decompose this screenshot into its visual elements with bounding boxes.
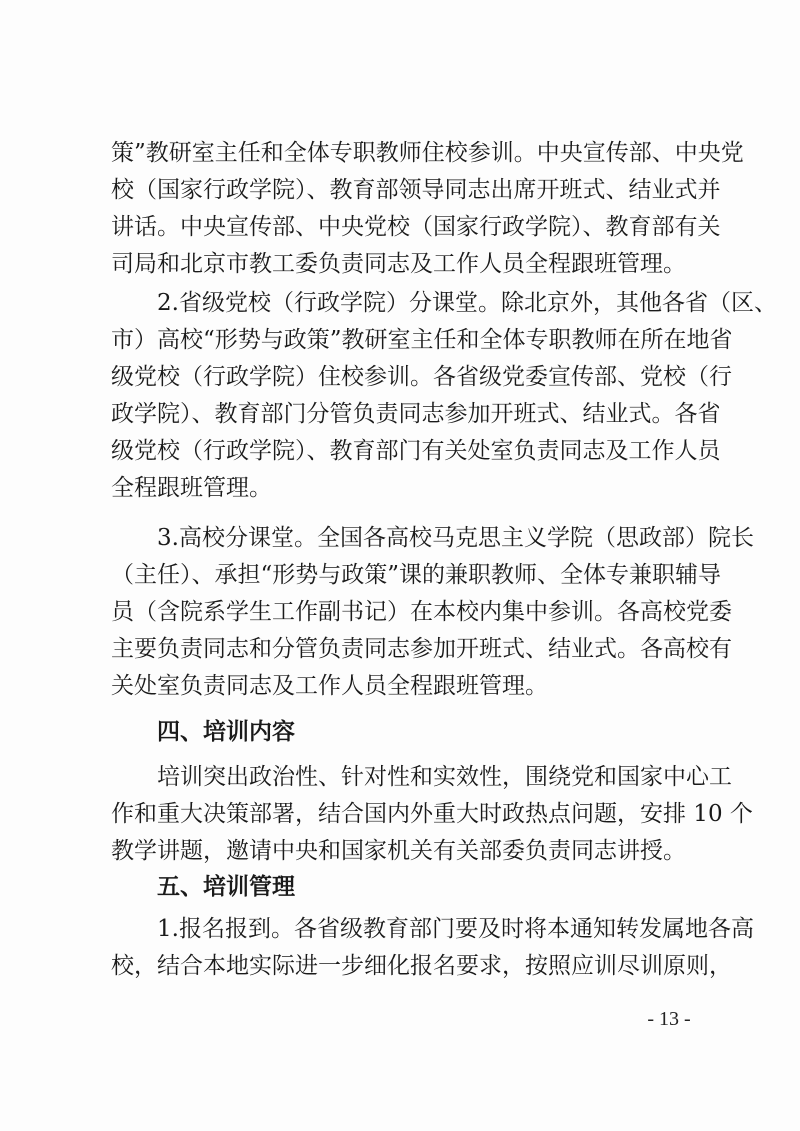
section-heading: 四、培训内容 [157,717,691,747]
text-line: 员（含院系学生工作副书记）在本校内集中参训。各高校党委 [111,597,691,627]
page-number: - 13 - [624,1008,714,1031]
text-line: 讲话。中央宣传部、中央党校（国家行政学院）、教育部有关 [111,212,691,242]
text-line: 策”教研室主任和全体专职教师住校参训。中央宣传部、中央党 [111,138,691,168]
text-line: 政学院）、教育部门分管负责同志参加开班式、结业式。各省 [111,399,691,429]
text-line: 主要负责同志和分管负责同志参加开班式、结业式。各高校有 [111,634,691,664]
document-page: 策”教研室主任和全体专职教师住校参训。中央宣传部、中央党 校（国家行政学院）、教… [0,0,800,1131]
text-line: 教学讲题，邀请中央和国家机关有关部委负责同志讲授。 [111,836,691,866]
text-line: 关处室负责同志及工作人员全程跟班管理。 [111,671,691,701]
text-line: 校，结合本地实际进一步细化报名要求，按照应训尽训原则， [111,951,691,981]
section-heading: 五、培训管理 [157,872,691,902]
text-line: 3.高校分课堂。全国各高校马克思主义学院（思政部）院长 [157,523,691,553]
text-line: 培训突出政治性、针对性和实效性，围绕党和国家中心工 [157,762,691,792]
text-line: 作和重大决策部署，结合国内外重大时政热点问题，安排 10 个 [111,799,691,829]
text-line: 校（国家行政学院）、教育部领导同志出席开班式、结业式并 [111,175,691,205]
text-line: 级党校（行政学院）住校参训。各省级党委宣传部、党校（行 [111,362,691,392]
text-line: 1.报名报到。各省级教育部门要及时将本通知转发属地各高 [157,914,691,944]
text-line: 市）高校“形势与政策”教研室主任和全体专职教师在所在地省 [111,325,691,355]
text-line: 级党校（行政学院）、教育部门有关处室负责同志及工作人员 [111,436,691,466]
text-line: 2.省级党校（行政学院）分课堂。除北京外，其他各省（区、 [157,288,691,318]
text-line: 司局和北京市教工委负责同志及工作人员全程跟班管理。 [111,249,691,279]
text-line: 全程跟班管理。 [111,473,691,503]
text-line: （主任）、承担“形势与政策”课的兼职教师、全体专兼职辅导 [111,560,691,590]
